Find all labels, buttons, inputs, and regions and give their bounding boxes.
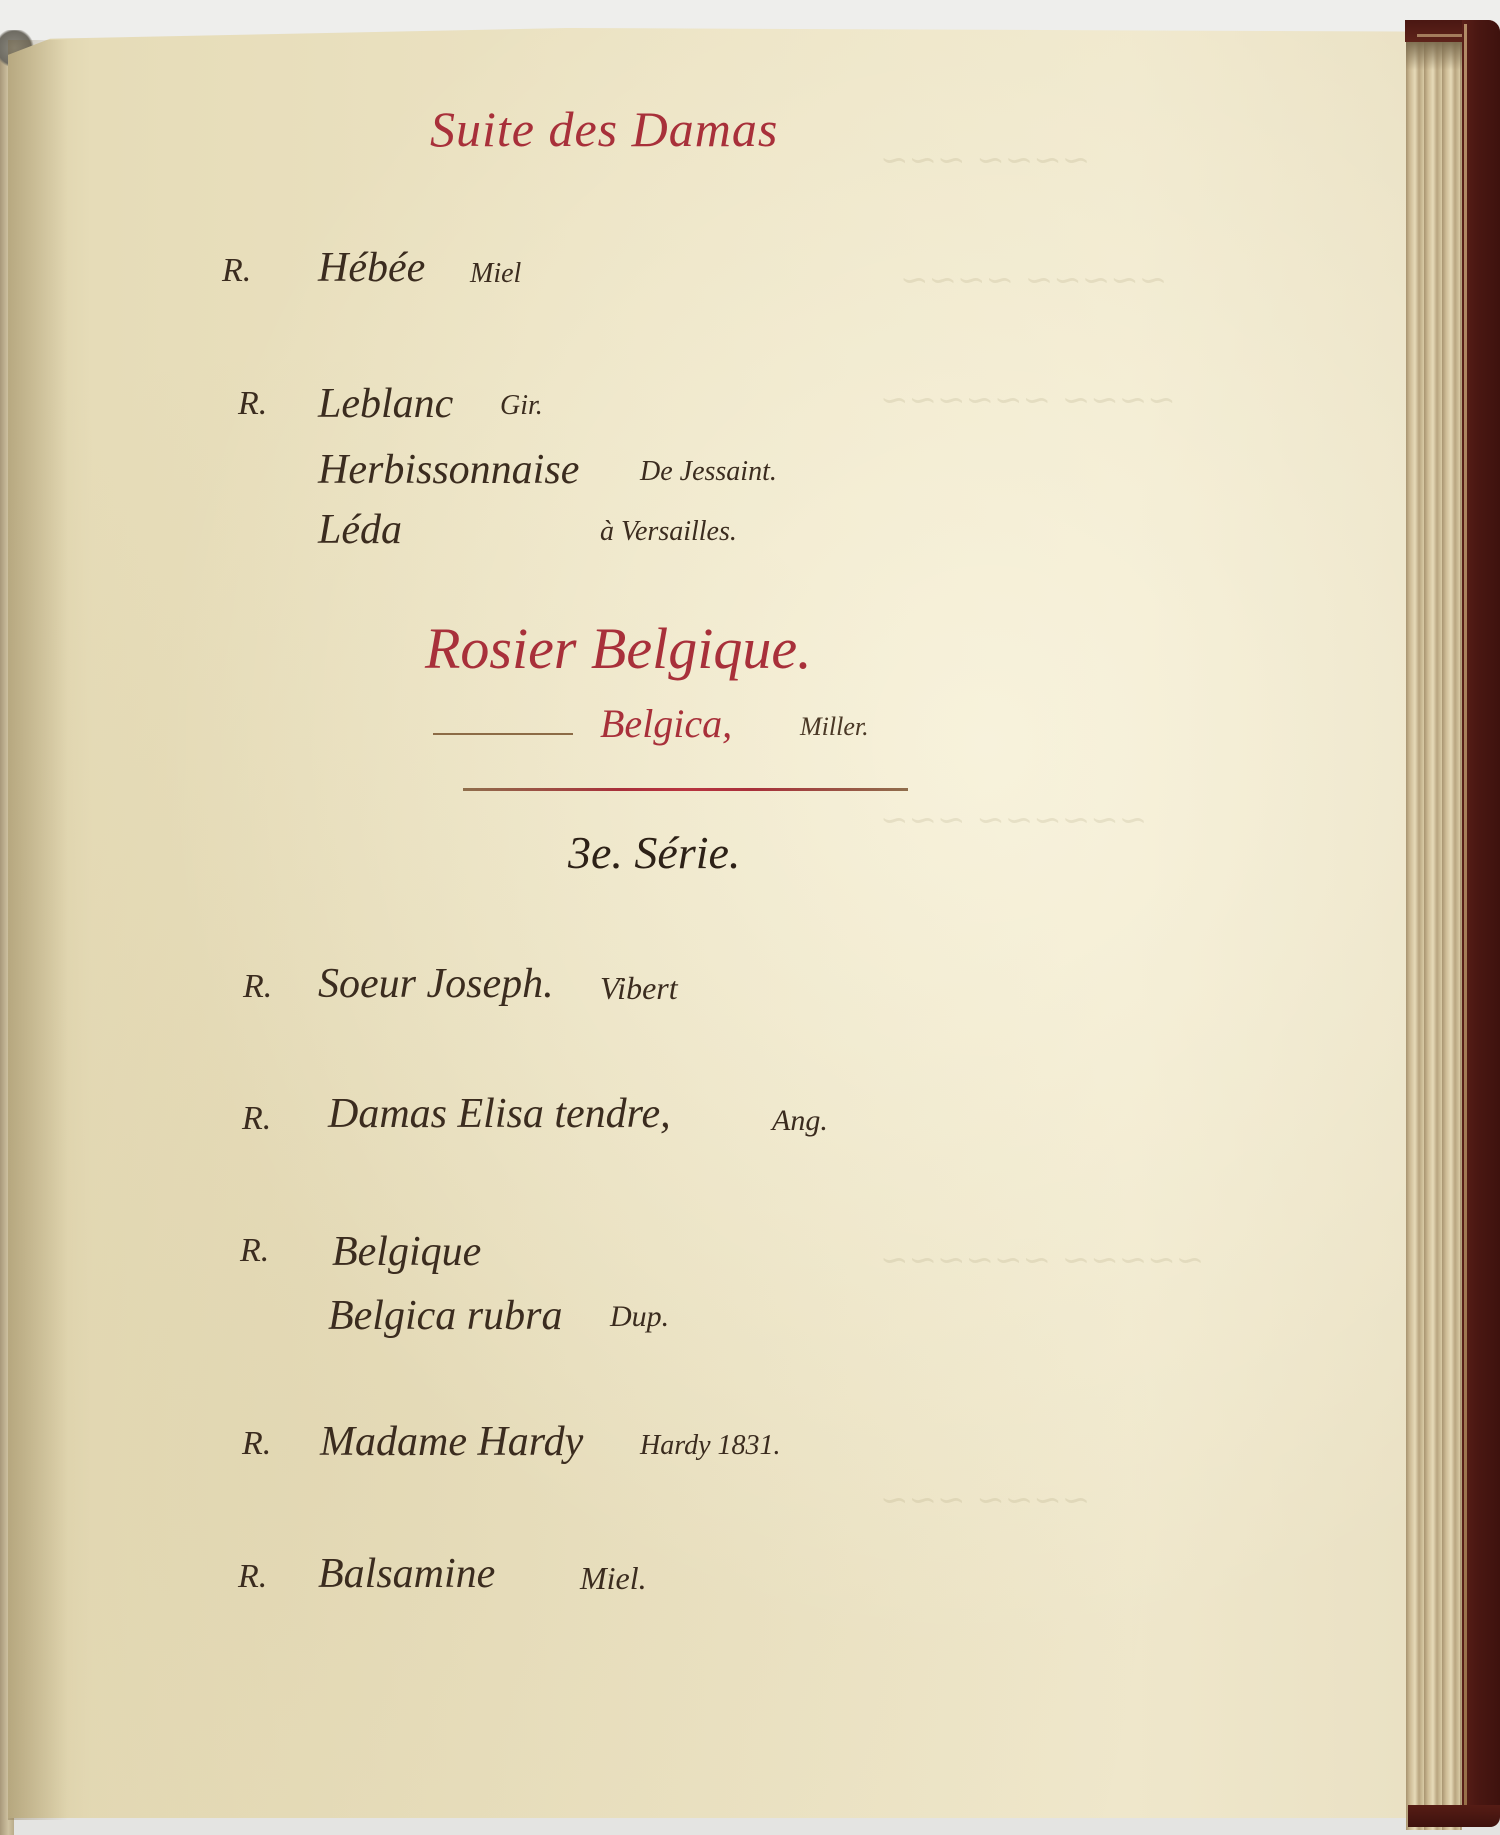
gutter-shadow bbox=[8, 40, 68, 1820]
page-edges-stack bbox=[1406, 40, 1462, 1830]
entry-name: Balsamine bbox=[318, 1550, 495, 1598]
page-stack-shadow bbox=[1406, 40, 1462, 70]
bleed-through-text: ~~~~~ ~~~~~~ bbox=[880, 1240, 1204, 1280]
entry-author: Hardy 1831. bbox=[640, 1430, 781, 1462]
entry-mark: R. bbox=[242, 1425, 271, 1463]
entry-author: à Versailles. bbox=[600, 516, 737, 548]
entry-author: De Jessaint. bbox=[640, 456, 777, 488]
entry-mark: R. bbox=[240, 1232, 269, 1270]
entry-mark: R. bbox=[222, 252, 251, 290]
section-subtitle: Belgica, bbox=[600, 700, 732, 747]
entry-name: Hébée bbox=[318, 244, 425, 292]
leather-binding bbox=[1462, 20, 1500, 1825]
bleed-through-text: ~~~~ ~~~~~~ bbox=[880, 380, 1176, 420]
series-heading: 3e. Série. bbox=[568, 826, 740, 879]
entry-author: Vibert bbox=[600, 970, 678, 1007]
entry-author: Ang. bbox=[772, 1104, 828, 1138]
section-rule bbox=[463, 788, 908, 791]
entry-author: Miel. bbox=[580, 1560, 647, 1597]
entry-mark: R. bbox=[238, 1558, 267, 1596]
bleed-through-text: ~~~~ ~~~ bbox=[880, 1480, 1090, 1520]
entry-name: Madame Hardy bbox=[320, 1418, 583, 1466]
section-title: Rosier Belgique. bbox=[425, 615, 812, 682]
entry-mark: R. bbox=[242, 1100, 271, 1138]
manuscript-page bbox=[8, 28, 1408, 1818]
bleed-through-text: ~~~~~~ ~~~ bbox=[880, 800, 1147, 840]
entry-name: Herbissonnaise bbox=[318, 446, 579, 494]
section-subtitle-author: Miller. bbox=[800, 712, 869, 742]
entry-name: Leblanc bbox=[318, 380, 453, 428]
entry-name: Léda bbox=[318, 506, 402, 554]
bleed-through-text: ~~~~ ~~~ bbox=[880, 140, 1090, 180]
entry-author: Miel bbox=[470, 258, 521, 290]
bleed-through-text: ~~~~~ ~~~~ bbox=[900, 260, 1167, 300]
entry-author: Gir. bbox=[500, 390, 543, 422]
binding-bottom-edge bbox=[1408, 1805, 1500, 1827]
entry-author: Dup. bbox=[610, 1300, 669, 1334]
entry-name: Damas Elisa tendre, bbox=[328, 1090, 671, 1138]
entry-name: Belgica rubra bbox=[328, 1292, 562, 1340]
page-header: Suite des Damas bbox=[430, 100, 778, 158]
entry-mark: R. bbox=[238, 385, 267, 423]
section-dash bbox=[433, 733, 573, 735]
entry-name: Soeur Joseph. bbox=[318, 960, 554, 1008]
entry-name: Belgique bbox=[332, 1228, 481, 1276]
entry-mark: R. bbox=[243, 968, 272, 1006]
